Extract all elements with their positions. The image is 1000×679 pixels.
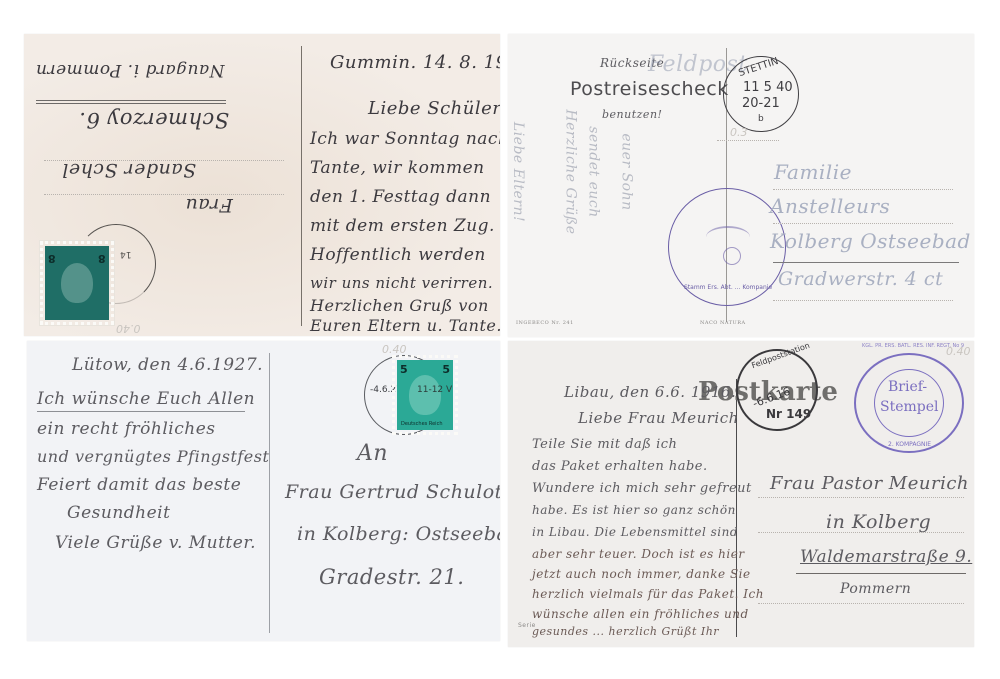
message-line: Ich wünsche Euch Allen xyxy=(37,389,255,409)
portrait-icon xyxy=(61,263,93,303)
postage-stamp-8: 8 8 xyxy=(40,241,114,325)
message-line: wir uns nicht verirren. xyxy=(310,274,493,292)
address-rule xyxy=(36,100,226,101)
postcard-bottom-left: Lütow, den 4.6.1927. Ich wünsche Euch Al… xyxy=(27,341,500,641)
message-date-line: Libau, den 6.6. 1916. xyxy=(564,383,736,401)
address-line: Anstelleurs xyxy=(770,194,890,218)
address-rule xyxy=(773,189,953,190)
address-line-upside-down: Sander Schel xyxy=(54,159,204,181)
postcard-divider-line xyxy=(269,353,270,633)
message-line: den 1. Festtag dann xyxy=(310,187,491,207)
stamp-area-box xyxy=(717,140,779,141)
postmark-time: 20-21 xyxy=(742,96,780,111)
message-line: Hoffentlich werden xyxy=(310,245,486,265)
address-line: Familie xyxy=(774,160,852,184)
address-rule xyxy=(758,532,964,533)
seal-inner-line1: Brief- xyxy=(888,379,927,395)
cancel-text-below: benutzen! xyxy=(602,108,662,121)
stamp-face: 8 8 xyxy=(45,246,109,320)
stamp-value: 5 xyxy=(442,363,450,376)
stamp-country: Deutsches Reich xyxy=(401,421,442,427)
address-line: Gradestr. 21. xyxy=(319,565,464,589)
eagle-icon xyxy=(706,226,750,248)
address-rule xyxy=(773,262,959,263)
address-rule xyxy=(796,573,966,574)
message-line: aber sehr teuer. Doch ist es hier xyxy=(532,547,745,561)
faint-message-line: sendet euch xyxy=(586,126,602,217)
pencil-price-note: 0.3 xyxy=(730,126,748,139)
printed-publisher-mark: INGEBECO Nr. 241 xyxy=(516,320,574,326)
message-line: Viele Grüße v. Mutter. xyxy=(55,533,256,553)
unit-seal-text: Stamm Ers. Abt. ... Kompanie xyxy=(684,284,772,291)
address-line: Frau Pastor Meurich xyxy=(770,473,969,494)
printed-series-mark: Serie xyxy=(518,622,536,629)
message-line: jetzt auch noch immer, danke Sie xyxy=(532,567,751,581)
postcard-top-right: Liebe Eltern! Herzliche Grüße sendet euc… xyxy=(508,34,974,337)
address-line-upside-down: Naugard i. Pommern xyxy=(30,60,230,80)
message-line: wünsche allen ein fröhliches und xyxy=(532,607,749,621)
message-salutation: Liebe Frau Meurich xyxy=(578,409,739,427)
message-line: gesundes ... herzlich Grüßt Ihr xyxy=(532,625,719,638)
message-line: Gesundheit xyxy=(67,503,170,523)
wreath-icon xyxy=(723,247,741,265)
postmark-date: 11 5 40 xyxy=(743,80,793,95)
address-rule xyxy=(773,223,953,224)
message-line: ein recht fröhliches xyxy=(37,419,215,439)
message-line: herzlich vielmals für das Paket. Ich xyxy=(532,587,764,601)
message-line: Herzlichen Gruß von xyxy=(310,296,489,315)
postmark-letter: b xyxy=(758,114,764,124)
address-line: An xyxy=(357,441,388,466)
message-line: und vergnügtes Pfingstfest xyxy=(37,447,269,466)
pencil-price-note: 0.40 xyxy=(382,343,407,356)
message-line: Feiert damit das beste xyxy=(37,475,241,495)
address-rule xyxy=(36,103,226,104)
address-line: Frau Gertrud Schulotta xyxy=(285,481,500,503)
address-rule xyxy=(758,603,964,604)
message-line: habe. Es ist hier so ganz schön xyxy=(532,503,736,517)
message-date-line: Gummin. 14. 8. 1929 xyxy=(330,52,500,73)
message-salutation: Liebe Schüler. xyxy=(368,98,500,119)
seal-inner-line2: Stempel xyxy=(880,399,939,415)
postcard-bottom-right: 0.40 Postkarte Feldpoststation -6.6.16 N… xyxy=(508,341,974,647)
stamp-face: 5 5 Deutsches Reich xyxy=(397,360,453,430)
pencil-price-note: 0.40 xyxy=(116,322,141,335)
faint-message-line: Herzliche Grüße xyxy=(563,109,579,234)
message-line: mit dem ersten Zug. xyxy=(310,216,495,236)
address-line: Waldemarstraße 9. xyxy=(800,547,972,567)
address-line-upside-down: Frau xyxy=(174,194,244,216)
portrait-icon xyxy=(409,375,441,415)
underline xyxy=(37,411,245,412)
postmark-number: Nr 149 xyxy=(766,407,811,421)
message-line: das Paket erhalten habe. xyxy=(532,459,708,474)
postcard-top-left: Naugard i. Pommern Schmerzoy 6. Sander S… xyxy=(24,34,500,336)
postage-stamp-5: 5 5 Deutsches Reich xyxy=(392,355,458,435)
address-rule xyxy=(44,194,284,195)
postcard-divider-line xyxy=(301,46,302,326)
address-line: Gradwerstr. 4 ct xyxy=(778,268,943,290)
message-date-line: Lütow, den 4.6.1927. xyxy=(72,355,263,375)
address-line-upside-down: Schmerzoy 6. xyxy=(74,108,234,132)
address-rule xyxy=(773,300,953,301)
stamp-value: 5 xyxy=(400,363,408,376)
faint-message-line: Liebe Eltern! xyxy=(510,122,526,222)
message-line: Wundere ich mich sehr gefreut xyxy=(532,481,752,496)
address-rule xyxy=(758,497,964,498)
stamp-value: 8 xyxy=(48,252,56,265)
address-line: Pommern xyxy=(840,581,911,597)
message-line: Teile Sie mit daß ich xyxy=(532,437,677,452)
postmark-text: 14 xyxy=(120,249,131,259)
message-line: Tante, wir kommen xyxy=(310,158,485,178)
message-line: Euren Eltern u. Tante. xyxy=(310,316,500,335)
address-line: Kolberg Ostseebad xyxy=(770,229,971,253)
message-line: Ich war Sonntag nach xyxy=(310,129,500,149)
message-line: in Libau. Die Lebensmittel sind xyxy=(532,525,738,539)
seal-bottom-text: 2. KOMPAGNIE xyxy=(888,441,931,448)
printed-footer-center: NACO NATURA xyxy=(700,320,746,326)
address-line: in Kolberg xyxy=(826,511,931,533)
cancel-slogan: Postreisescheck xyxy=(570,78,729,100)
postmark-time: 11-12 V xyxy=(417,385,452,395)
seal-outer-text: KGL. PR. ERS. BATL. RES. INF. REGT. No 9 xyxy=(862,343,964,349)
address-line: in Kolberg: Ostseebad xyxy=(297,523,500,545)
stamp-value: 8 xyxy=(98,252,106,265)
faint-message-line: euer Sohn xyxy=(619,133,635,210)
